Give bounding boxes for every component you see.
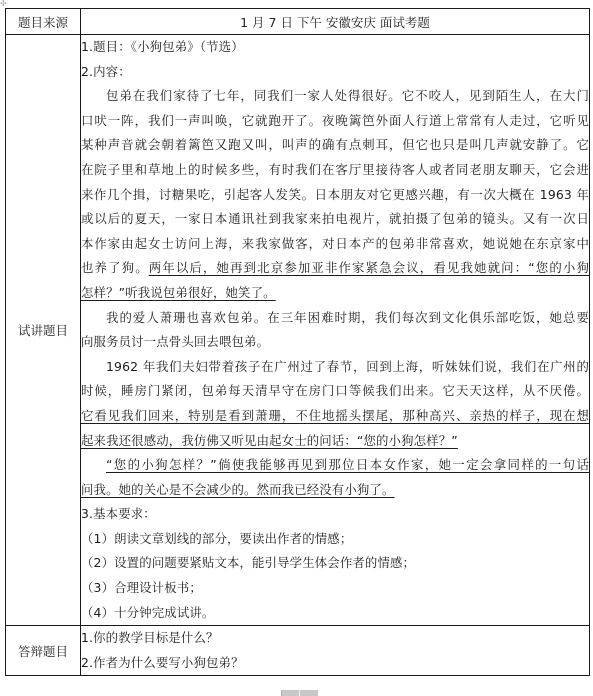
passage-text: 也养了狗。 bbox=[81, 260, 149, 275]
passage-line: 某种声音就会朝着篱笆又跑又叫，叫声的确有点刺耳，但它也只是叫几声就安静了。它 bbox=[81, 133, 589, 158]
requirement-item: （2）设置的问题要紧贴文本，能引导学生体会作者的情感； bbox=[81, 551, 589, 576]
passage-line: 包弟在我们家待了七年，同我们一家人处得很好。它不咬人，见到陌生人，在大门 bbox=[81, 84, 589, 109]
page-scroll-handle[interactable] bbox=[281, 690, 318, 696]
passage-line: 我的爱人萧珊也喜欢包弟。在三年困难时期，我们每次到文化俱乐部吃饭，她总要 bbox=[81, 306, 589, 331]
passage-line: 问我。她的关心是不会减少的。然而我已经没有小狗了。 bbox=[81, 478, 589, 503]
requirements-heading: 3.基本要求： bbox=[81, 502, 589, 527]
underlined-passage: 两年以后，她再到北京参加亚非作家紧急会议，看见我她就问：“您的小狗 bbox=[149, 260, 589, 275]
source-title: 1 月 7 日 下午 安徽安庆 面试考题 bbox=[81, 9, 590, 35]
passage-line: 来作几个揖，讨糖果吃，引起客人发笑。日本朋友对它更感兴趣，有一次大概在 1963… bbox=[81, 183, 589, 208]
passage-line: 向服务员讨一点骨头回去喂包弟。 bbox=[81, 330, 589, 355]
underlined-passage: 问我。她的关心是不会减少的。然而我已经没有小狗了。 bbox=[81, 482, 395, 497]
defense-question: 1.你的教学目标是什么？ bbox=[81, 626, 589, 651]
passage-line: 起来我还很感动，我仿佛又听见由起女士的问话：“您的小狗怎样？” bbox=[81, 429, 589, 454]
defense-row: 答辩题目 1.你的教学目标是什么？ 2.作者为什么要写小狗包弟？ bbox=[6, 626, 590, 676]
exam-question-table: 题目来源 1 月 7 日 下午 安徽安庆 面试考题 试讲题目 1.题目：《小狗包… bbox=[5, 8, 590, 676]
passage-line: 在院子里和草地上的时候多些，有时我们在客厅里接待客人或者同老朋友聊天，它会进 bbox=[81, 158, 589, 183]
passage-line-mixed: 也养了狗。两年以后，她再到北京参加亚非作家紧急会议，看见我她就问：“您的小狗 bbox=[81, 256, 589, 281]
passage-line: 时候，睡房门紧闭，包弟每天清早守在房门口等候我们出来。它天天这样，从不厌倦。 bbox=[81, 379, 589, 404]
requirement-item: （3）合理设计板书； bbox=[81, 576, 589, 601]
underlined-passage: 起来我还很感动，我仿佛又听见由起女士的问话：“您的小狗怎样？” bbox=[81, 433, 458, 448]
passage-line: 本作家由起女士访问上海，来我家做客，对日本产的包弟非常喜欢，她说她在东京家中 bbox=[81, 232, 589, 257]
defense-content: 1.你的教学目标是什么？ 2.作者为什么要写小狗包弟？ bbox=[81, 626, 590, 676]
source-label: 题目来源 bbox=[6, 9, 81, 35]
passage-line: 怎样？”听我说包弟很好，她笑了。 bbox=[81, 281, 589, 306]
requirement-item: （1）朗读文章划线的部分，要读出作者的情感； bbox=[81, 527, 589, 552]
underlined-passage: 怎样？”听我说包弟很好，她笑了。 bbox=[81, 285, 276, 300]
defense-label: 答辩题目 bbox=[6, 626, 81, 676]
topic-line: 1.题目：《小狗包弟》（节选） bbox=[81, 35, 589, 60]
defense-question: 2.作者为什么要写小狗包弟？ bbox=[81, 651, 589, 676]
content-heading: 2.内容： bbox=[81, 60, 589, 85]
underlined-passage: “您的小狗怎样？”倘使我能够再见到那位日本女作家，她一定会拿同样的一句话 bbox=[106, 457, 589, 472]
passage-line: “您的小狗怎样？”倘使我能够再见到那位日本女作家，她一定会拿同样的一句话 bbox=[81, 453, 589, 478]
lecture-row: 试讲题目 1.题目：《小狗包弟》（节选） 2.内容： 包弟在我们家待了七年，同我… bbox=[6, 35, 590, 626]
lecture-label: 试讲题目 bbox=[6, 35, 81, 626]
header-row: 题目来源 1 月 7 日 下午 安徽安庆 面试考题 bbox=[6, 9, 590, 35]
underlined-passage: 它看见我们回来，特别是看到萧珊，不住地摇头摆尾，那种高兴、亲热的样子，现在想 bbox=[81, 404, 589, 429]
lecture-content: 1.题目：《小狗包弟》（节选） 2.内容： 包弟在我们家待了七年，同我们一家人处… bbox=[81, 35, 590, 626]
anchor-mark-icon: ✣ bbox=[0, 0, 8, 8]
requirement-item: （4）十分钟完成试讲。 bbox=[81, 601, 589, 626]
passage-line: 或以后的夏天，一家日本通讯社到我家来拍电视片，就拍摄了包弟的镜头。又有一次日 bbox=[81, 207, 589, 232]
passage-line: 1962 年我们夫妇带着孩子在广州过了春节，回到上海，听妹妹们说，我们在广州的 bbox=[81, 355, 589, 380]
passage-line: 口吠一阵，我们一声叫唤，它就跑开了。夜晚篱笆外面人行道上常常有人走过，它听见 bbox=[81, 109, 589, 134]
